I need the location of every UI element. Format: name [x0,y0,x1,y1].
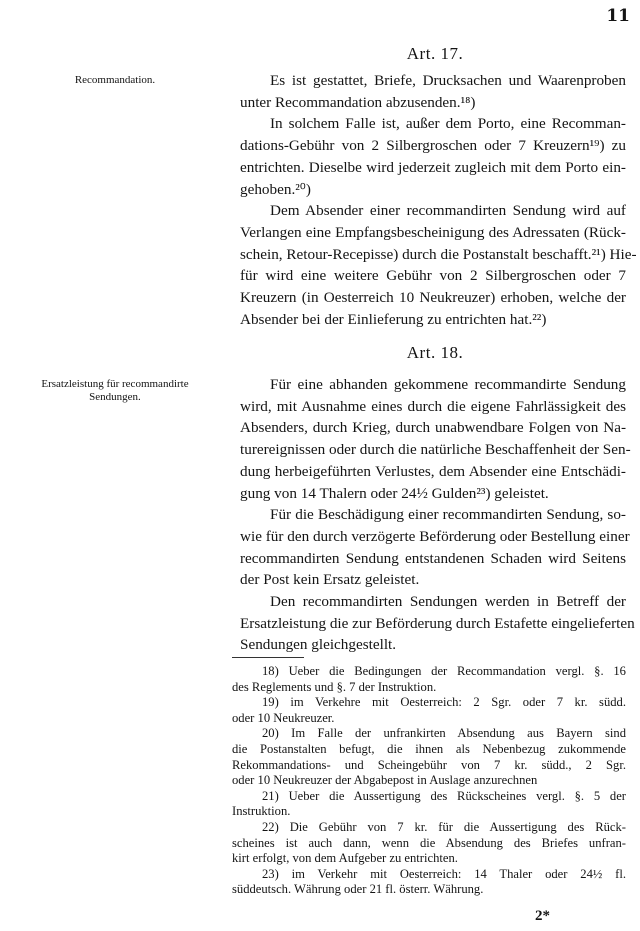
body-line: dations-Gebühr von 2 Silbergroschen oder… [240,135,626,157]
body-line: der Post kein Ersatz geleistet. [240,569,626,591]
footnote-number: 20) [262,726,279,740]
body-line: entrichten. Dieselbe wird jederzeit zugl… [240,157,626,179]
footnote-line: Rekommandations- und Scheingebühr von 7 … [232,758,626,774]
printer-signature-mark: 2* [535,908,550,925]
body-line: gehoben.²⁰) [240,179,626,201]
body-line: Verlangen eine Empfangsbescheinigung des… [240,222,626,244]
article-17-body: Es ist gestattet, Briefe, Drucksachen un… [240,70,626,330]
body-line: gung von 14 Thalern oder 24½ Gulden²³) g… [240,483,626,505]
body-line: wird, mit Ausnahme eines durch die eigen… [240,396,626,418]
footnotes: 18) Ueber die Bedingungen der Recommanda… [232,664,626,898]
body-line: wie für den durch verzögerte Beförderung… [240,526,626,548]
footnote-number: 18) [262,664,279,678]
footnote-line: des Reglements und §. 7 der Instruktion. [232,680,626,696]
footnote-21: 21) Ueber die Aussertigung des Rückschei… [232,789,626,820]
footnote-23: 23) im Verkehr mit Oesterreich: 14 Thale… [232,867,626,898]
marginal-note-ersatzleistung: Ersatzleistung für recommandirte Sendung… [0,378,230,404]
footnote-number: 19) [262,695,279,709]
body-line: Für eine abhanden gekommene recommandirt… [240,374,626,396]
body-line: recommandirten Sendung entstandenen Scha… [240,548,626,570]
body-line: Ersatzleistung die zur Beförderung durch… [240,613,626,635]
footnote-line: 18) Ueber die Bedingungen der Recommanda… [232,664,626,680]
article-17-heading: Art. 17. [230,44,640,64]
footnote-line: oder 10 Neukreuzer der Abgabepost in Aus… [232,773,626,789]
body-line: Kreuzern (in Oesterreich 10 Neukreuzer) … [240,287,626,309]
footnote-divider [232,657,304,658]
footnote-line: 22) Die Gebühr von 7 kr. für die Aussert… [232,820,626,836]
footnote-line: die Postanstalten befugt, die ihnen als … [232,742,626,758]
footnote-line: 19) im Verkehre mit Oesterreich: 2 Sgr. … [232,695,626,711]
footnote-line: 23) im Verkehr mit Oesterreich: 14 Thale… [232,867,626,883]
footnote-line: 20) Im Falle der unfrankirten Absendung … [232,726,626,742]
footnote-18: 18) Ueber die Bedingungen der Recommanda… [232,664,626,695]
article-18-body: Für eine abhanden gekommene recommandirt… [240,374,626,656]
footnote-number: 23) [262,867,279,881]
footnote-line: scheines ist auch dann, wenn die Absendu… [232,836,626,852]
body-line: Sendungen gleichgestellt. [240,634,626,656]
body-line: Absender bei der Einlieferung zu entrich… [240,309,626,331]
footnote-line: oder 10 Neukreuzer. [232,711,626,727]
body-line: Absenders, durch Krieg, durch unabwendba… [240,417,626,439]
footnote-22: 22) Die Gebühr von 7 kr. für die Aussert… [232,820,626,867]
body-line: Dem Absender einer recommandirten Sendun… [240,200,626,222]
footnote-19: 19) im Verkehre mit Oesterreich: 2 Sgr. … [232,695,626,726]
marginal-note-line: Sendungen. [0,391,230,404]
marginal-note-line: Ersatzleistung für recommandirte [0,378,230,391]
footnote-20: 20) Im Falle der unfrankirten Absendung … [232,726,626,788]
footnote-line: Instruktion. [232,804,626,820]
footnote-line: kirt erfolgt, von dem Aufgeber zu entric… [232,851,626,867]
footnote-line: 21) Ueber die Aussertigung des Rückschei… [232,789,626,805]
body-line: für wird eine weitere Gebühr von 2 Silbe… [240,265,626,287]
document-page: 11 Art. 17. Recommandation. Es ist gesta… [0,0,640,931]
footnote-number: 22) [262,820,279,834]
body-line: unter Recommandation abzusenden.¹⁸) [240,92,626,114]
footnote-number: 21) [262,789,279,803]
body-line: Für die Beschädigung einer recommandirte… [240,504,626,526]
article-18-heading: Art. 18. [230,343,640,363]
page-number: 11 [606,6,630,26]
body-line: dung herbeigeführten Verlustes, dem Abse… [240,461,626,483]
footnote-line: süddeutsch. Währung oder 21 fl. österr. … [232,882,626,898]
body-line: Den recommandirten Sendungen werden in B… [240,591,626,613]
body-line: In solchem Falle ist, außer dem Porto, e… [240,113,626,135]
body-line: turereignissen oder durch die natürliche… [240,439,626,461]
body-line: Es ist gestattet, Briefe, Drucksachen un… [240,70,626,92]
marginal-note-recommandation: Recommandation. [0,74,230,87]
body-line: schein, Retour-Recepisse) durch die Post… [240,244,626,266]
marginal-note-line: Recommandation. [0,74,230,87]
